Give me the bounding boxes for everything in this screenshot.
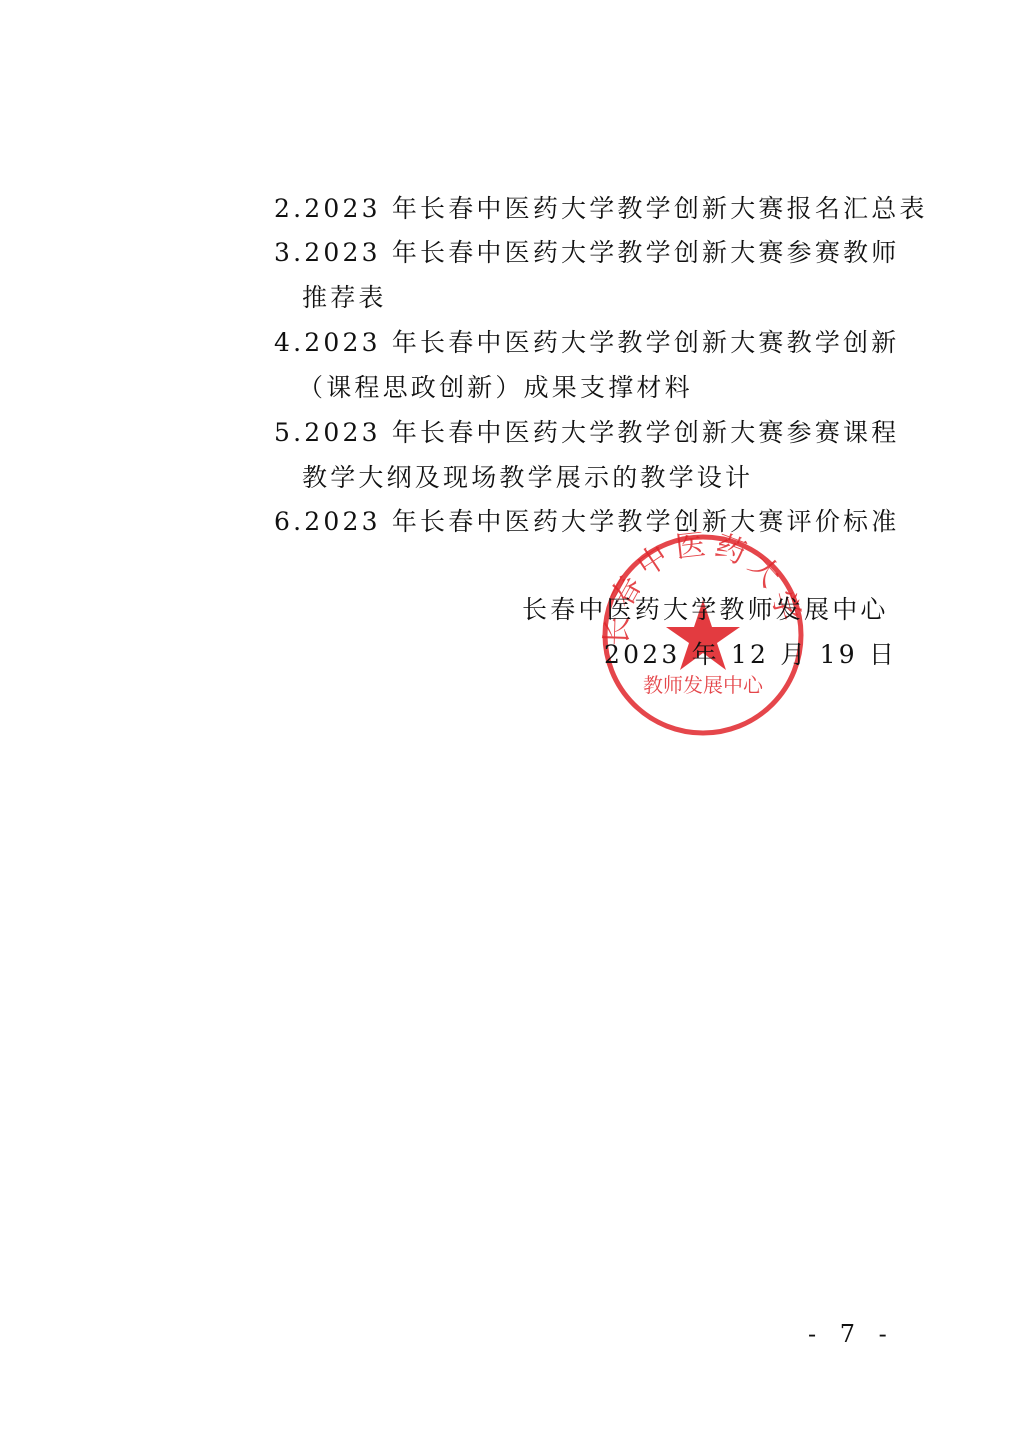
page-number: - 7 - — [808, 1320, 895, 1348]
signature-org: 长春中医药大学教师发展中心 — [522, 597, 889, 622]
official-seal: 长春中医药大学 教师发展中心 — [600, 532, 806, 738]
attachment-3-cont: 推荐表 — [302, 285, 387, 310]
seal-inner-text: 教师发展中心 — [643, 673, 764, 697]
attachment-6: 6.2023 年长春中医药大学教学创新大赛评价标准 — [274, 509, 899, 534]
attachment-2: 2.2023 年长春中医药大学教学创新大赛报名汇总表 — [274, 196, 928, 221]
attachment-4: 4.2023 年长春中医药大学教学创新大赛教学创新 — [274, 330, 899, 355]
attachment-5: 5.2023 年长春中医药大学教学创新大赛参赛课程 — [274, 420, 899, 445]
attachment-4-cont: （课程思政创新）成果支撑材料 — [298, 375, 693, 400]
attachment-5-cont: 教学大纲及现场教学展示的教学设计 — [302, 465, 753, 490]
attachment-3: 3.2023 年长春中医药大学教学创新大赛参赛教师 — [274, 240, 899, 265]
signature-date: 2023 年 12 月 19 日 — [604, 642, 897, 667]
